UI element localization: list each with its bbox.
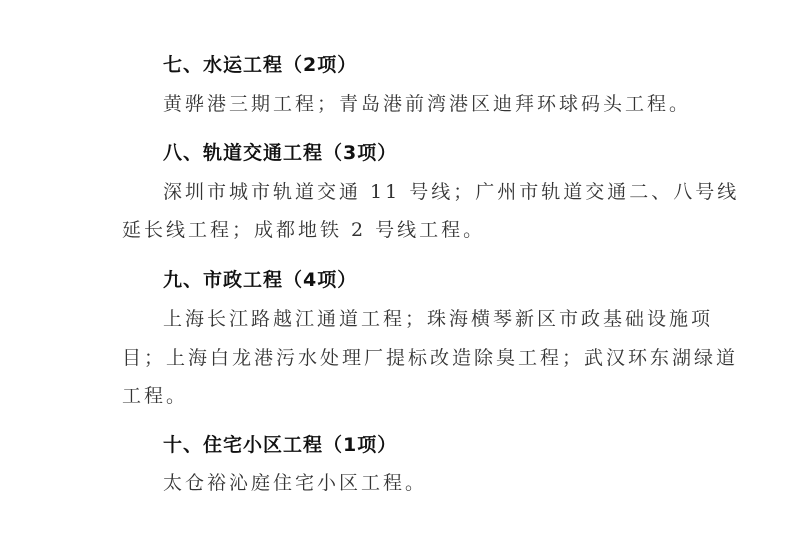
section-body-line: 太仓裕沁庭住宅小区工程。 [163,471,427,495]
section-body-line: 延长线工程；成都地铁 2 号线工程。 [122,218,485,242]
section-body-line: 目；上海白龙港污水处理厂提标改造除臭工程；武汉环东湖绿道 [122,346,738,370]
section-body-line: 黄骅港三期工程；青岛港前湾港区迪拜环球码头工程。 [163,92,691,116]
section-body-line: 深圳市城市轨道交通 11 号线；广州市轨道交通二、八号线 [163,180,739,204]
section-heading: 七、水运工程（2项） [163,53,357,77]
section-heading: 九、市政工程（4项） [163,268,357,292]
section-heading: 十、住宅小区工程（1项） [163,433,397,457]
section-body-line: 工程。 [122,384,188,408]
section-body-line: 上海长江路越江通道工程；珠海横琴新区市政基础设施项 [163,307,713,331]
section-heading: 八、轨道交通工程（3项） [163,141,397,165]
